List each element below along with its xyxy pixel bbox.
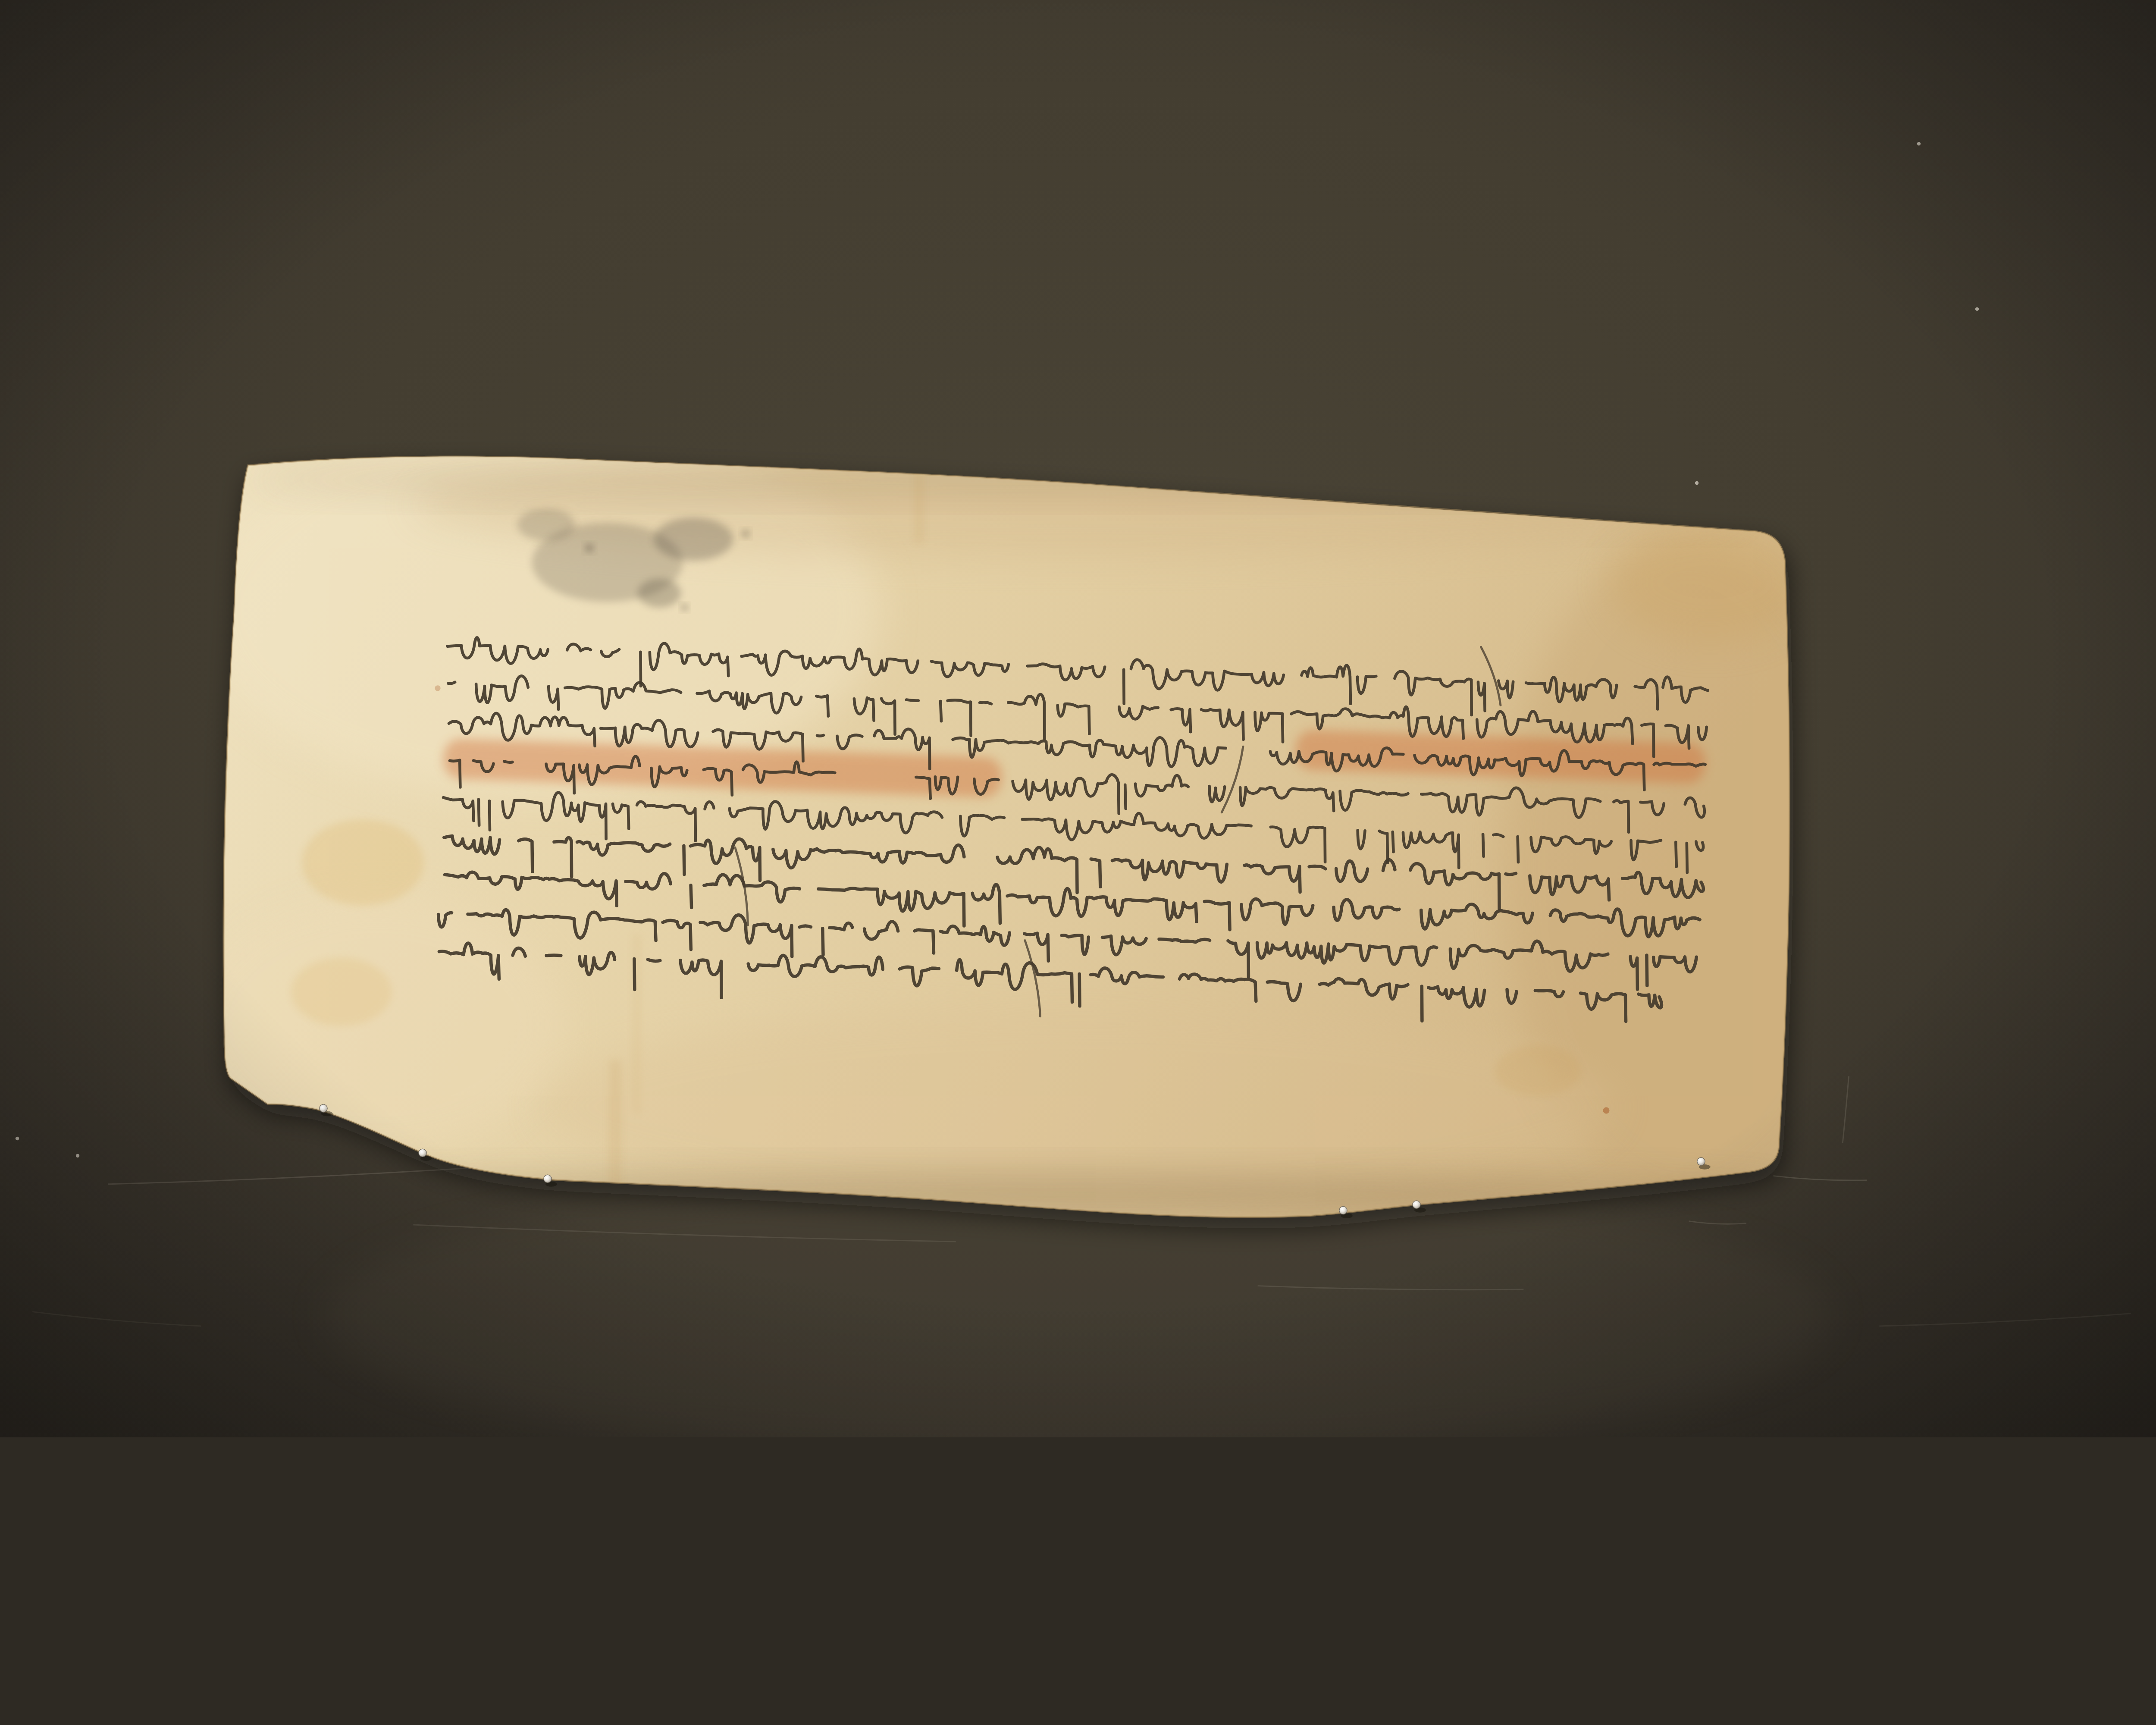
vignette-overlay — [0, 0, 2156, 1437]
photo-backdrop — [0, 0, 2156, 1437]
manuscript-photo — [0, 0, 2156, 1437]
